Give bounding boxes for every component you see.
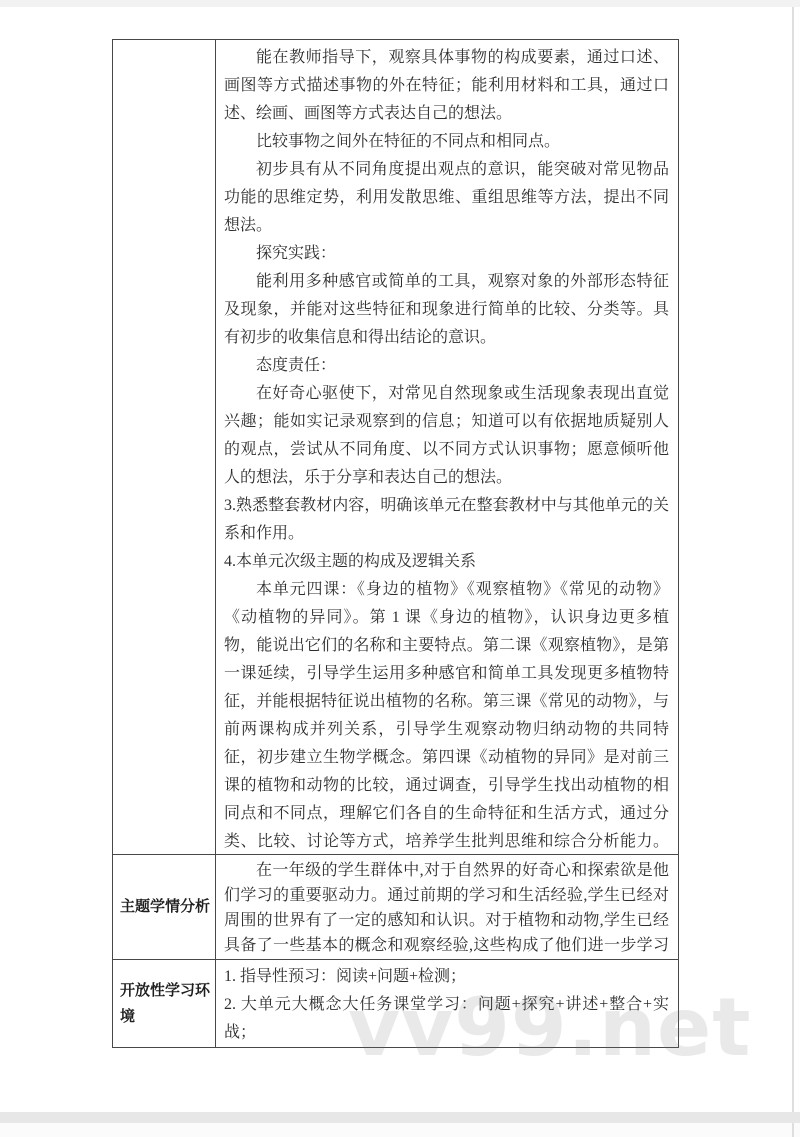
page-right-edge: [792, 7, 794, 1112]
row-label-cell: [113, 40, 216, 854]
row-content-cell: 在一年级的学生群体中,对于自然界的好奇心和探索欲是他们学习的重要驱动力。通过前期…: [216, 855, 678, 959]
paragraph: 3.熟悉整套教材内容，明确该单元在整套教材中与其他单元的关系和作用。: [224, 492, 669, 548]
row-content-cell: 1. 指导性预习：阅读+问题+检测；2. 大单元大概念大任务课堂学习：问题+探究…: [216, 960, 678, 1047]
page-bottom-gap: [0, 1112, 800, 1123]
next-page-top: [0, 1123, 800, 1137]
lesson-plan-table: 能在教师指导下，观察具体事物的构成要素，通过口述、画图等方式描述事物的外在特征；…: [112, 39, 679, 1048]
paragraph: 在好奇心驱使下，对常见自然现象或生活现象表现出直觉兴趣；能如实记录观察到的信息；…: [224, 380, 669, 492]
document-viewer: { "page": { "watermark": "vv99.net", "co…: [0, 0, 800, 1137]
table-row-learner-analysis: 主题学情分析 在一年级的学生群体中,对于自然界的好奇心和探索欲是他们学习的重要驱…: [113, 854, 678, 959]
paragraph: 1. 指导性预习：阅读+问题+检测；: [224, 963, 669, 991]
row-label: 开放性学习环境: [120, 978, 210, 1030]
table-row-unit-analysis: 能在教师指导下，观察具体事物的构成要素，通过口述、画图等方式描述事物的外在特征；…: [113, 40, 678, 854]
paragraph: 2. 大单元大概念大任务课堂学习：问题+探究+讲述+整合+实战；: [224, 991, 669, 1047]
row-label: 主题学情分析: [120, 894, 210, 920]
table-row-open-learning-env: 开放性学习环境 1. 指导性预习：阅读+问题+检测；2. 大单元大概念大任务课堂…: [113, 959, 678, 1047]
page-top-edge: [0, 0, 800, 7]
paragraph: 4.本单元次级主题的构成及逻辑关系: [224, 548, 669, 576]
paragraph: 在一年级的学生群体中,对于自然界的好奇心和探索欲是他们学习的重要驱动力。通过前期…: [224, 858, 669, 959]
row-content-cell: 能在教师指导下，观察具体事物的构成要素，通过口述、画图等方式描述事物的外在特征；…: [216, 40, 678, 854]
paragraph: 比较事物之间外在特征的不同点和相同点。: [224, 128, 669, 156]
next-page-right-edge: [792, 1123, 794, 1137]
paragraph: 能利用多种感官或简单的工具，观察对象的外部形态特征及现象，并能对这些特征和现象进…: [224, 268, 669, 352]
paragraph: 初步具有从不同角度提出观点的意识，能突破对常见物品功能的思维定势，利用发散思维、…: [224, 156, 669, 240]
paragraph: 探究实践：: [224, 240, 669, 268]
paragraph: 本单元四课：《身边的植物》《观察植物》《常见的动物》《动植物的异同》。第 1 课…: [224, 576, 669, 854]
paragraph: 能在教师指导下，观察具体事物的构成要素，通过口述、画图等方式描述事物的外在特征；…: [224, 44, 669, 128]
row-label-cell: 开放性学习环境: [113, 960, 216, 1047]
paragraph: 态度责任：: [224, 352, 669, 380]
row-label-cell: 主题学情分析: [113, 855, 216, 959]
